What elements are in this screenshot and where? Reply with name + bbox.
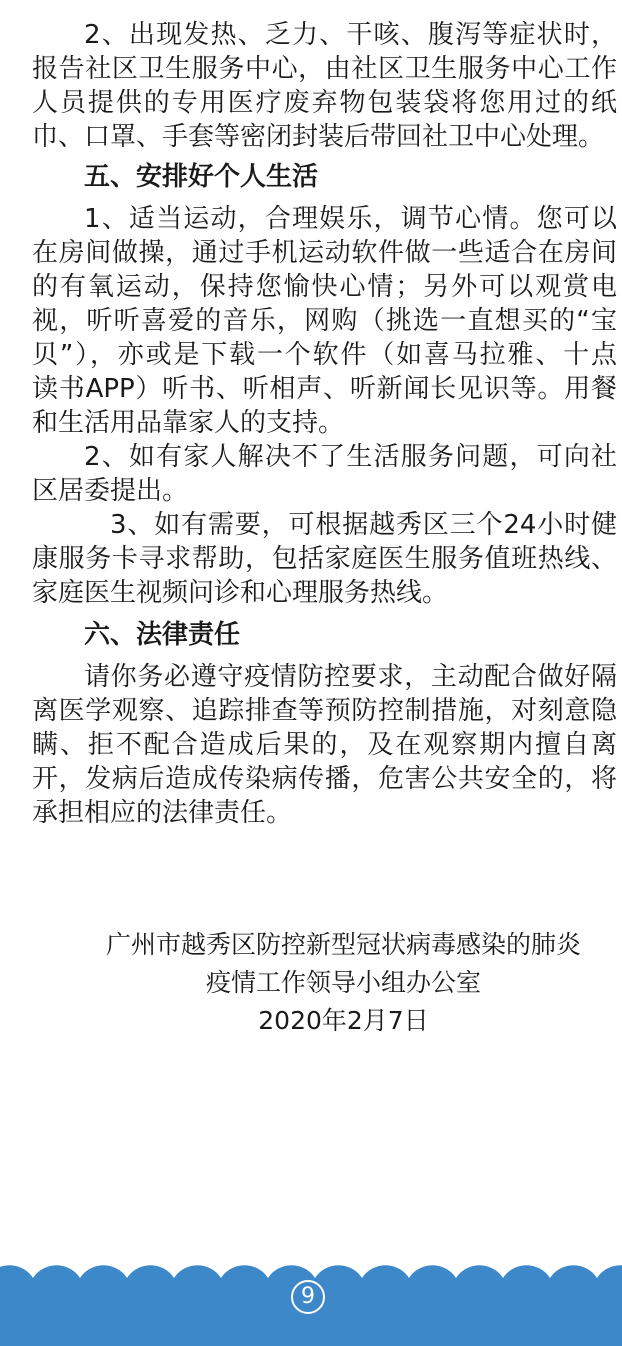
text-line: 家庭医生视频问诊和心理服务热线。: [32, 576, 617, 610]
signature-date: 2020年2月7日: [70, 1002, 617, 1040]
text-line: 区居委提出。: [32, 474, 617, 508]
text-line: 瞒、拒不配合造成后果的，及在观察期内擅自离: [32, 728, 617, 762]
text-line: 承担相应的法律责任。: [32, 796, 617, 830]
text-line: 离医学观察、追踪排查等预防控制措施，对刻意隐: [32, 694, 617, 728]
notice-page: 2、出现发热、乏力、干咳、腹泻等症状时，报告社区卫生服务中心，由社区卫生服务中心…: [0, 0, 622, 1346]
text-line: 和生活用品靠家人的支持。: [32, 406, 617, 440]
signature-org-line-1: 广州市越秀区防控新型冠状病毒感染的肺炎: [70, 926, 617, 964]
signature-org-line-2: 疫情工作领导小组办公室: [70, 964, 617, 1002]
text-line: 的有氧运动，保持您愉快心情；另外可以观赏电: [32, 270, 617, 304]
page-footer: 9: [0, 1264, 622, 1346]
text-line: 报告社区卫生服务中心，由社区卫生服务中心工作: [32, 52, 617, 86]
text-line: 开，发病后造成传染病传播，危害公共安全的，将: [32, 762, 617, 796]
text-line: 读书APP）听书、听相声、听新闻长见识等。用餐: [32, 372, 617, 406]
document-body: 2、出现发热、乏力、干咳、腹泻等症状时，报告社区卫生服务中心，由社区卫生服务中心…: [0, 0, 622, 1040]
text-line: 康服务卡寻求帮助，包括家庭医生服务值班热线、: [32, 542, 617, 576]
text-line: 3、如有需要，可根据越秀区三个24小时健: [32, 508, 617, 542]
text-line: 在房间做操，通过手机运动软件做一些适合在房间: [32, 236, 617, 270]
text-line: 请你务必遵守疫情防控要求，主动配合做好隔: [32, 660, 617, 694]
text-line: 2、如有家人解决不了生活服务问题，可向社: [32, 440, 617, 474]
paragraph-exercise-entertainment: 1、适当运动，合理娱乐，调节心情。您可以在房间做操，通过手机运动软件做一些适合在…: [32, 202, 617, 440]
text-line: 视，听听喜爱的音乐，网购（挑选一直想买的“宝: [32, 304, 617, 338]
text-line: 巾、口罩、手套等密闭封装后带回社卫中心处理。: [32, 120, 617, 154]
text-line: 2、出现发热、乏力、干咳、腹泻等症状时，: [32, 18, 617, 52]
signature-block: 广州市越秀区防控新型冠状病毒感染的肺炎 疫情工作领导小组办公室 2020年2月7…: [32, 926, 617, 1040]
paragraph-health-service-cards: 3、如有需要，可根据越秀区三个24小时健康服务卡寻求帮助，包括家庭医生服务值班热…: [32, 508, 617, 610]
text-line: 1、适当运动，合理娱乐，调节心情。您可以: [32, 202, 617, 236]
section-heading-legal-liability: 六、法律责任: [32, 618, 617, 652]
paragraph-community-help: 2、如有家人解决不了生活服务问题，可向社区居委提出。: [32, 440, 617, 508]
text-line: 贝”），亦或是下载一个软件（如喜马拉雅、十点: [32, 338, 617, 372]
paragraph-legal-responsibility: 请你务必遵守疫情防控要求，主动配合做好隔离医学观察、追踪排查等预防控制措施，对刻…: [32, 660, 617, 830]
paragraph-symptom-reporting: 2、出现发热、乏力、干咳、腹泻等症状时，报告社区卫生服务中心，由社区卫生服务中心…: [32, 18, 617, 154]
page-number-badge: 9: [291, 1280, 325, 1314]
text-line: 人员提供的专用医疗废弃物包装袋将您用过的纸: [32, 86, 617, 120]
section-heading-personal-life: 五、安排好个人生活: [32, 160, 617, 194]
